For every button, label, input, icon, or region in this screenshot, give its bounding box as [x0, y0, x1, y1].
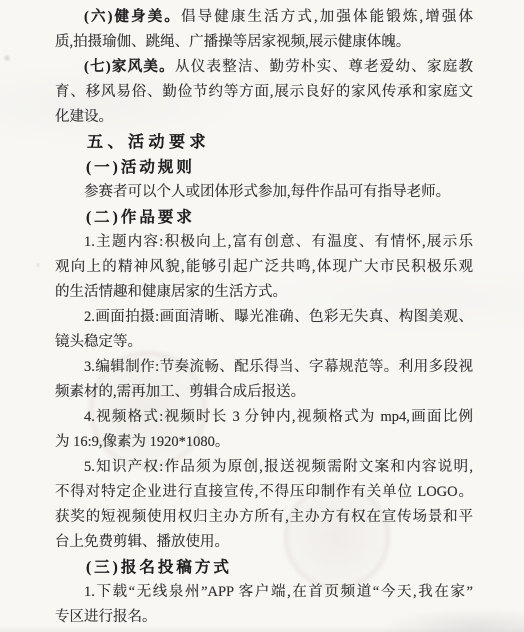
text-line: 为 16:9,像素为 1920*1080。 [55, 430, 473, 455]
text-line: 频素材的,需再加工、剪辑合成后报送。 [55, 380, 473, 405]
text-line: 1.下载“无线泉州”APP 客户端,在首页频道“今天,我在家” [55, 580, 473, 605]
text-line: (七)家风美。从仪表整洁、勤劳朴实、尊老爱幼、家庭教 [55, 55, 473, 80]
paragraph-lead: (七)家风美。 [84, 59, 175, 75]
text-line: 3.编辑制作:节奏流畅、配乐得当、字幕规范等。利用多段视 [55, 355, 473, 380]
text-line: 获奖的短视频使用权归主办方所有,主办方有权在宣传场景和平 [55, 505, 473, 530]
paragraph-lead: (六)健身美。 [84, 9, 181, 25]
text-line: 化建设。 [55, 105, 473, 130]
text-line: 参赛者可以个人或团体形式参加,每件作品可有指导老师。 [55, 180, 473, 205]
paragraph-text: 从仪表整洁、勤劳朴实、尊老爱幼、家庭教 [175, 59, 473, 75]
text-line: 不得对特定企业进行直接宣传,不得压印制作有关单位 LOGO。 [55, 480, 473, 505]
text-line: 专区进行报名。 [55, 605, 473, 630]
text-line: 5.知识产权:作品须为原创,报送视频需附文案和内容说明, [55, 455, 473, 480]
subsection-heading: (二)作品要求 [55, 205, 473, 230]
paragraph-text: 倡导健康生活方式,加强体能锻炼,增强体 [181, 9, 473, 25]
text-line: 1.主题内容:积极向上,富有创意、有温度、有情怀,展示乐 [55, 230, 473, 255]
text-line: 育、移风易俗、勤俭节约等方面,展示良好的家风传承和家庭文 [55, 80, 473, 105]
text-line: 观向上的精神风貌,能够引起广泛共鸣,体现广大市民积极乐观 [55, 255, 473, 280]
text-line: 2.画面拍摄:画面清晰、曝光准确、色彩无失真、构图美观、 [55, 305, 473, 330]
subsection-heading: (一)活动规则 [55, 155, 473, 180]
text-line: 4.视频格式:视频时长 3 分钟内,视频格式为 mp4,画面比例 [55, 405, 473, 430]
text-line: 质,拍摄瑜伽、跳绳、广播操等居家视频,展示健康体魄。 [55, 30, 473, 55]
text-line: (六)健身美。倡导健康生活方式,加强体能锻炼,增强体 [55, 5, 473, 30]
text-line: 台上免费剪辑、播放使用。 [55, 530, 473, 555]
text-line: 的生活情趣和健康居家的生活方式。 [55, 280, 473, 305]
text-line: 镜头稳定等。 [55, 330, 473, 355]
page-text: (六)健身美。倡导健康生活方式,加强体能锻炼,增强体 质,拍摄瑜伽、跳绳、广播操… [55, 5, 473, 630]
document-page: (六)健身美。倡导健康生活方式,加强体能锻炼,增强体 质,拍摄瑜伽、跳绳、广播操… [0, 0, 524, 632]
section-heading: 五、活动要求 [55, 130, 473, 155]
subsection-heading: (三)报名投稿方式 [55, 555, 473, 580]
